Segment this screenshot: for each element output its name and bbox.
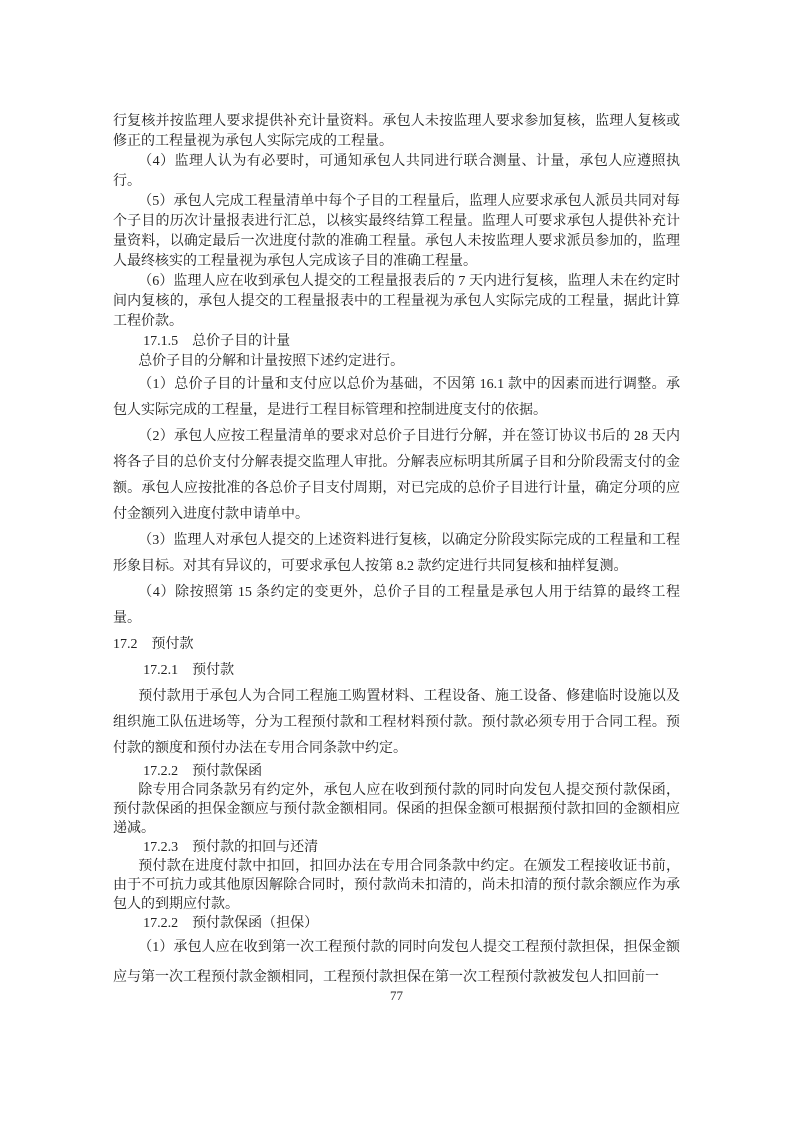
paragraph-item-4-joint-measurement: （4）监理人认为有必要时，可通知承包人共同进行联合测量、计量，承包人应遵照执行。 (113, 152, 680, 192)
heading-17-2-3: 17.2.3 预付款的扣回与还清 (113, 838, 680, 857)
paragraph-advance-payment-deduction: 预付款在进度付款中扣回，扣回办法在专用合同条款中约定。在颁发工程接收证书前，由于… (113, 857, 680, 914)
paragraph-item-2-breakdown-submission: （2）承包人应按工程量清单的要求对总价子目进行分解，并在签订协议书后的 28 天… (113, 424, 680, 528)
paragraph-item-3-data-review: （3）监理人对承包人提交的上述资料进行复核，以确定分阶段实际完成的工程量和工程形… (113, 528, 680, 580)
document-page: 行复核并按监理人要求提供补充计量资料。承包人未按监理人要求参加复核，监理人复核或… (0, 0, 793, 1122)
paragraph-measurement-review-continuation: 行复核并按监理人要求提供补充计量资料。承包人未按监理人要求参加复核，监理人复核或… (113, 112, 680, 152)
heading-17-2: 17.2 预付款 (113, 632, 680, 658)
paragraph-item-5-final-settlement: （5）承包人完成工程量清单中每个子目的工程量后，监理人应要求承包人派员共同对每个… (113, 192, 680, 272)
paragraph-item-6-review-deadline: （6）监理人应在收到承包人提交的工程量报表后的 7 天内进行复核，监理人未在约定… (113, 272, 680, 332)
page-body: 行复核并按监理人要求提供补充计量资料。承包人未按监理人要求参加复核，监理人复核或… (113, 112, 680, 993)
paragraph-item-1-lump-sum-basis: （1）总价子目的计量和支付应以总价为基础，不因第 16.1 款中的因素而进行调整… (113, 372, 680, 424)
heading-17-2-2-guarantee: 17.2.2 预付款保函（担保） (113, 914, 680, 933)
heading-17-2-2: 17.2.2 预付款保函 (113, 762, 680, 781)
paragraph-lump-sum-intro: 总价子目的分解和计量按照下述约定进行。 (113, 352, 680, 372)
heading-17-1-5: 17.1.5 总价子目的计量 (113, 332, 680, 352)
paragraph-advance-payment-letter: 除专用合同条款另有约定外，承包人应在收到预付款的同时向发包人提交预付款保函，预付… (113, 781, 680, 838)
paragraph-advance-payment-usage: 预付款用于承包人为合同工程施工购置材料、工程设备、施工设备、修建临时设施以及组织… (113, 684, 680, 762)
heading-17-2-1: 17.2.1 预付款 (113, 658, 680, 684)
paragraph-item-4-final-quantity: （4）除按照第 15 条约定的变更外，总价子目的工程量是承包人用于结算的最终工程… (113, 580, 680, 632)
paragraph-item-1-advance-guarantee: （1）承包人应在收到第一次工程预付款的同时向发包人提交工程预付款担保，担保金额应… (113, 933, 680, 993)
page-number: 77 (0, 988, 793, 1004)
